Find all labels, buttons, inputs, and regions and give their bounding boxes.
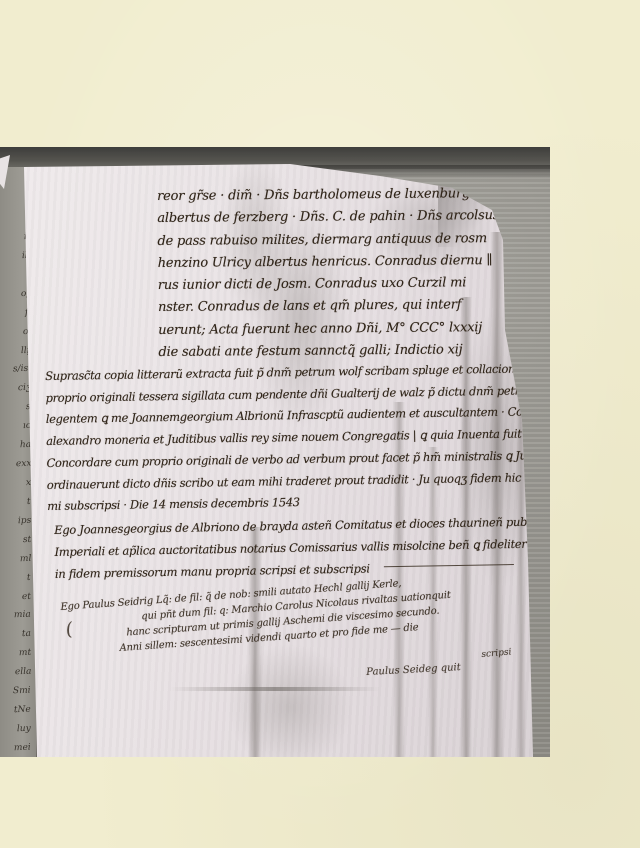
line-ending-fragment: ella bbox=[14, 668, 31, 678]
line-ending-fragment: mei bbox=[14, 744, 31, 754]
manuscript-line-text: in fidem premissorum manu propria scrips… bbox=[55, 561, 370, 580]
manuscript-photo: isiḥtoʒffoːllṛs/is.ciʒsıchaexxxtipsstmlt… bbox=[0, 147, 550, 757]
manuscript-line: reor gr̃se · dim̃ · Dñs bartholomeus de … bbox=[157, 183, 501, 208]
line-ending-fragment: exx bbox=[15, 460, 31, 470]
line-ending-fragment: st bbox=[23, 536, 32, 545]
dark-right-edge bbox=[534, 207, 550, 757]
line-ending-fragment: ml bbox=[19, 554, 31, 563]
scribe-signature: Paulus Seideg quit bbox=[366, 662, 461, 678]
line-ending-fragment: tNe bbox=[14, 706, 31, 716]
line-ending-fragment: Smi bbox=[13, 687, 31, 697]
manuscript-line: albertus de ferzberg · Dñs. C. de pahin … bbox=[157, 205, 501, 230]
text-block-notary-attestation: Ego Joannesgeorgius de Albriono de brayd… bbox=[54, 510, 550, 585]
manuscript-page: reor gr̃se · dim̃ · Dñs bartholomeus de … bbox=[0, 147, 550, 757]
manuscript-line: de pass rabuiso milites, diermarg antiqu… bbox=[157, 228, 501, 253]
manuscript-line: rus iunior dicti de Josm. Conradus uxo C… bbox=[158, 272, 502, 297]
line-ending-fragment: t bbox=[27, 574, 31, 583]
line-ending-fragment: luy bbox=[17, 725, 31, 734]
manuscript-line: nster. Conradus de lans et qm̃ plures, q… bbox=[158, 294, 502, 319]
line-ending-fragment: mt bbox=[19, 649, 31, 658]
flourish-line bbox=[384, 564, 514, 569]
line-ending-fragment: t bbox=[27, 498, 31, 507]
line-ending-fragment: ta bbox=[22, 630, 31, 639]
subscript-word: scripsi bbox=[481, 647, 512, 660]
mount-background: isiḥtoʒffoːllṛs/is.ciʒsıchaexxxtipsstmlt… bbox=[0, 0, 640, 848]
text-block-collation-note: Suprasc̃ta copia litterarũ extracta fuit… bbox=[45, 357, 550, 518]
text-block-witness-list: reor gr̃se · dim̃ · Dñs bartholomeus de … bbox=[157, 183, 502, 364]
manuscript-line: uerunt; Acta fuerunt hec anno Dñi, M° CC… bbox=[158, 317, 502, 342]
manuscript-line: henzino Ulricy albertus henricus. Conrad… bbox=[158, 250, 502, 275]
line-ending-fragment: mia bbox=[14, 611, 31, 621]
line-ending-fragment: x bbox=[26, 479, 31, 488]
line-ending-fragment: ips bbox=[18, 517, 32, 526]
line-ending-fragment: et bbox=[22, 592, 31, 601]
horizontal-crease bbox=[170, 687, 380, 691]
line-ending-fragment: ha bbox=[20, 441, 31, 450]
